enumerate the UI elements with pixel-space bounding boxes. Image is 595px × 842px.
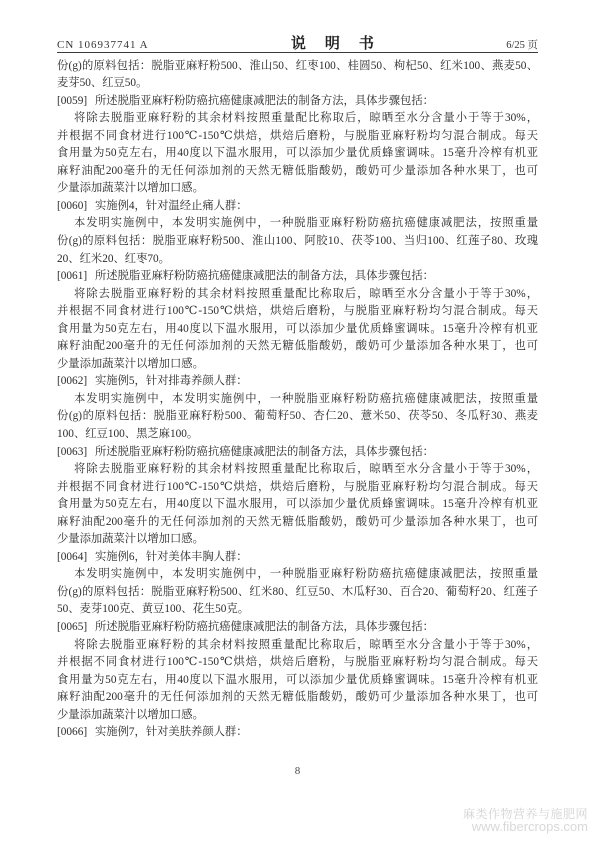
text-line: 麻籽油配200毫升的无任何添加剂的天然无糖低脂酸奶，酸奶可少量添加各种水果丁，也… (57, 689, 538, 707)
text-line: 并根据不同食材进行100℃-150℃烘焙，烘焙后磨粉，与脱脂亚麻籽粉均匀混合制成… (57, 128, 538, 146)
line-text: 本发明实施例中，本发明实施例中，一种脱脂亚麻籽粉防癌抗癌健康减肥法，按照重量 (74, 393, 538, 405)
text-line: [0059]所述脱脂亚麻籽粉防癌抗癌健康减肥法的制备方法，具体步骤包括： (57, 93, 538, 111)
text-line: 并根据不同食材进行100℃-150℃烘焙，烘焙后磨粉，与脱脂亚麻籽粉均匀混合制成… (57, 479, 538, 497)
paragraph-tag: [0066] (57, 724, 95, 742)
text-line: 将除去脱脂亚麻籽粉的其余材料按照重量配比称取后，晾晒至水分含量小于等于30%， (57, 461, 538, 479)
text-line: 份(g)的原料包括：脱脂亚麻籽粉500、红米80、红豆50、木瓜籽30、百合20… (57, 584, 538, 602)
line-text: 所述脱脂亚麻籽粉防癌抗癌健康减肥法的制备方法，具体步骤包括： (95, 270, 434, 282)
text-line: 麦芽50、红豆50。 (57, 75, 538, 93)
text-line: 本发明实施例中，本发明实施例中，一种脱脂亚麻籽粉防癌抗癌健康减肥法，按照重量 (57, 566, 538, 584)
paragraph-tag: [0064] (57, 549, 95, 567)
text-line: [0065]所述脱脂亚麻籽粉防癌抗癌健康减肥法的制备方法，具体步骤包括： (57, 619, 538, 637)
text-line: 100、红豆100、黑芝麻100。 (57, 426, 538, 444)
document-title: 说 明 书 (291, 32, 376, 53)
line-text: 份(g)的原料包括：脱脂亚麻籽粉500、淮山100、阿胶10、茯苓100、当归1… (57, 235, 538, 247)
text-line: 少量添加蔬菜汁以增加口感。 (57, 356, 538, 374)
paragraph-tag: [0063] (57, 444, 95, 462)
text-line: 并根据不同食材进行100℃-150℃烘焙，烘焙后磨粉，与脱脂亚麻籽粉均匀混合制成… (57, 303, 538, 321)
line-text: 将除去脱脂亚麻籽粉的其余材料按照重量配比称取后，晾晒至水分含量小于等于30%， (74, 288, 538, 300)
text-line: 少量添加蔬菜汁以增加口感。 (57, 707, 538, 725)
line-text: 少量添加蔬菜汁以增加口感。 (57, 358, 204, 370)
line-text: 实施例7，针对美肤养颜人群： (95, 726, 248, 738)
page-indicator: 6/25 页 (506, 37, 538, 52)
paragraph-tag: [0060] (57, 198, 95, 216)
line-text: 所述脱脂亚麻籽粉防癌抗癌健康减肥法的制备方法，具体步骤包括： (95, 446, 434, 458)
line-text: 麻籽油配200毫升的无任何添加剂的天然无糖低脂酸奶，酸奶可少量添加各种水果丁，也… (57, 165, 538, 177)
watermark: 麻类作物营养与施肥网 www.fibercrops.com (463, 808, 588, 833)
line-text: 并根据不同食材进行100℃-150℃烘焙，烘焙后磨粉，与脱脂亚麻籽粉均匀混合制成… (57, 656, 538, 668)
watermark-url: www.fibercrops.com (463, 821, 588, 834)
text-line: [0060]实施例4，针对温经止痛人群： (57, 198, 538, 216)
page-header: CN 106937741 A 说 明 书 6/25 页 (57, 32, 538, 53)
line-text: 并根据不同食材进行100℃-150℃烘焙，烘焙后磨粉，与脱脂亚麻籽粉均匀混合制成… (57, 481, 538, 493)
text-line: 20、红米20、红枣70。 (57, 251, 538, 269)
text-line: 本发明实施例中，本发明实施例中，一种脱脂亚麻籽粉防癌抗癌健康减肥法，按照重量 (57, 391, 538, 409)
text-line: [0062]实施例5，针对排毒养颜人群： (57, 373, 538, 391)
text-line: 将除去脱脂亚麻籽粉的其余材料按照重量配比称取后，晾晒至水分含量小于等于30%， (57, 637, 538, 655)
line-text: 将除去脱脂亚麻籽粉的其余材料按照重量配比称取后，晾晒至水分含量小于等于30%， (74, 639, 538, 651)
text-line: [0064]实施例6，针对美体丰胸人群： (57, 549, 538, 567)
line-text: 份(g)的原料包括：脱脂亚麻籽粉500、葡萄籽50、杏仁20、薏米50、茯苓50… (57, 410, 538, 422)
line-text: 所述脱脂亚麻籽粉防癌抗癌健康减肥法的制备方法，具体步骤包括： (95, 95, 434, 107)
line-text: 本发明实施例中，本发明实施例中，一种脱脂亚麻籽粉防癌抗癌健康减肥法，按照重量 (74, 217, 538, 229)
text-line: [0066]实施例7，针对美肤养颜人群： (57, 724, 538, 742)
text-line: 份(g)的原料包括：脱脂亚麻籽粉500、淮山50、红枣100、桂圆50、枸杞50… (57, 58, 538, 76)
line-text: 份(g)的原料包括：脱脂亚麻籽粉500、淮山50、红枣100、桂圆50、枸杞50… (57, 60, 538, 72)
line-text: 食用量为50克左右，用40度以下温水服用，可以添加少量优质蜂蜜调味。15毫升冷榨… (57, 674, 538, 686)
text-line: 食用量为50克左右，用40度以下温水服用，可以添加少量优质蜂蜜调味。15毫升冷榨… (57, 145, 538, 163)
text-line: 麻籽油配200毫升的无任何添加剂的天然无糖低脂酸奶，酸奶可少量添加各种水果丁，也… (57, 338, 538, 356)
line-text: 实施例6，针对美体丰胸人群： (95, 551, 248, 563)
line-text: 将除去脱脂亚麻籽粉的其余材料按照重量配比称取后，晾晒至水分含量小于等于30%， (74, 463, 538, 475)
line-text: 食用量为50克左右，用40度以下温水服用，可以添加少量优质蜂蜜调味。15毫升冷榨… (57, 498, 538, 510)
text-line: 将除去脱脂亚麻籽粉的其余材料按照重量配比称取后，晾晒至水分含量小于等于30%， (57, 110, 538, 128)
text-line: 本发明实施例中，本发明实施例中，一种脱脂亚麻籽粉防癌抗癌健康减肥法，按照重量 (57, 215, 538, 233)
text-line: 并根据不同食材进行100℃-150℃烘焙，烘焙后磨粉，与脱脂亚麻籽粉均匀混合制成… (57, 654, 538, 672)
text-line: 少量添加蔬菜汁以增加口感。 (57, 531, 538, 549)
line-text: 100、红豆100、黑芝麻100。 (57, 428, 198, 440)
patent-document-page: CN 106937741 A 说 明 书 6/25 页 份(g)的原料包括：脱脂… (0, 0, 595, 842)
text-line: 少量添加蔬菜汁以增加口感。 (57, 180, 538, 198)
line-text: 实施例5，针对排毒养颜人群： (95, 375, 248, 387)
line-text: 20、红米20、红枣70。 (57, 253, 170, 265)
text-line: 麻籽油配200毫升的无任何添加剂的天然无糖低脂酸奶，酸奶可少量添加各种水果丁，也… (57, 514, 538, 532)
line-text: 所述脱脂亚麻籽粉防癌抗癌健康减肥法的制备方法，具体步骤包括： (95, 621, 434, 633)
line-text: 份(g)的原料包括：脱脂亚麻籽粉500、红米80、红豆50、木瓜籽30、百合20… (57, 586, 538, 598)
text-line: [0063]所述脱脂亚麻籽粉防癌抗癌健康减肥法的制备方法，具体步骤包括： (57, 444, 538, 462)
paragraph-tag: [0061] (57, 268, 95, 286)
line-text: 并根据不同食材进行100℃-150℃烘焙，烘焙后磨粉，与脱脂亚麻籽粉均匀混合制成… (57, 130, 538, 142)
line-text: 并根据不同食材进行100℃-150℃烘焙，烘焙后磨粉，与脱脂亚麻籽粉均匀混合制成… (57, 305, 538, 317)
line-text: 食用量为50克左右，用40度以下温水服用，可以添加少量优质蜂蜜调味。15毫升冷榨… (57, 323, 538, 335)
patent-number: CN 106937741 A (57, 39, 149, 51)
text-line: 食用量为50克左右，用40度以下温水服用，可以添加少量优质蜂蜜调味。15毫升冷榨… (57, 672, 538, 690)
line-text: 50、麦芽100克、黄豆100、花生50克。 (57, 603, 249, 615)
line-text: 麻籽油配200毫升的无任何添加剂的天然无糖低脂酸奶，酸奶可少量添加各种水果丁，也… (57, 691, 538, 703)
line-text: 少量添加蔬菜汁以增加口感。 (57, 709, 204, 721)
line-text: 食用量为50克左右，用40度以下温水服用，可以添加少量优质蜂蜜调味。15毫升冷榨… (57, 147, 538, 159)
text-line: 食用量为50克左右，用40度以下温水服用，可以添加少量优质蜂蜜调味。15毫升冷榨… (57, 496, 538, 514)
text-line: 50、麦芽100克、黄豆100、花生50克。 (57, 601, 538, 619)
text-line: 份(g)的原料包括：脱脂亚麻籽粉500、淮山100、阿胶10、茯苓100、当归1… (57, 233, 538, 251)
paragraph-tag: [0062] (57, 373, 95, 391)
text-line: 麻籽油配200毫升的无任何添加剂的天然无糖低脂酸奶，酸奶可少量添加各种水果丁，也… (57, 163, 538, 181)
paragraph-tag: [0065] (57, 619, 95, 637)
body-text: 份(g)的原料包括：脱脂亚麻籽粉500、淮山50、红枣100、桂圆50、枸杞50… (57, 58, 538, 742)
paragraph-tag: [0059] (57, 93, 95, 111)
line-text: 麻籽油配200毫升的无任何添加剂的天然无糖低脂酸奶，酸奶可少量添加各种水果丁，也… (57, 340, 538, 352)
text-line: 食用量为50克左右，用40度以下温水服用，可以添加少量优质蜂蜜调味。15毫升冷榨… (57, 321, 538, 339)
line-text: 实施例4，针对温经止痛人群： (95, 200, 248, 212)
line-text: 麦芽50、红豆50。 (57, 77, 147, 89)
text-line: 份(g)的原料包括：脱脂亚麻籽粉500、葡萄籽50、杏仁20、薏米50、茯苓50… (57, 408, 538, 426)
line-text: 少量添加蔬菜汁以增加口感。 (57, 182, 204, 194)
text-line: 将除去脱脂亚麻籽粉的其余材料按照重量配比称取后，晾晒至水分含量小于等于30%， (57, 286, 538, 304)
line-text: 本发明实施例中，本发明实施例中，一种脱脂亚麻籽粉防癌抗癌健康减肥法，按照重量 (74, 568, 538, 580)
page-number: 8 (57, 765, 538, 777)
text-line: [0061]所述脱脂亚麻籽粉防癌抗癌健康减肥法的制备方法，具体步骤包括： (57, 268, 538, 286)
line-text: 将除去脱脂亚麻籽粉的其余材料按照重量配比称取后，晾晒至水分含量小于等于30%， (74, 112, 538, 124)
line-text: 少量添加蔬菜汁以增加口感。 (57, 533, 204, 545)
line-text: 麻籽油配200毫升的无任何添加剂的天然无糖低脂酸奶，酸奶可少量添加各种水果丁，也… (57, 516, 538, 528)
